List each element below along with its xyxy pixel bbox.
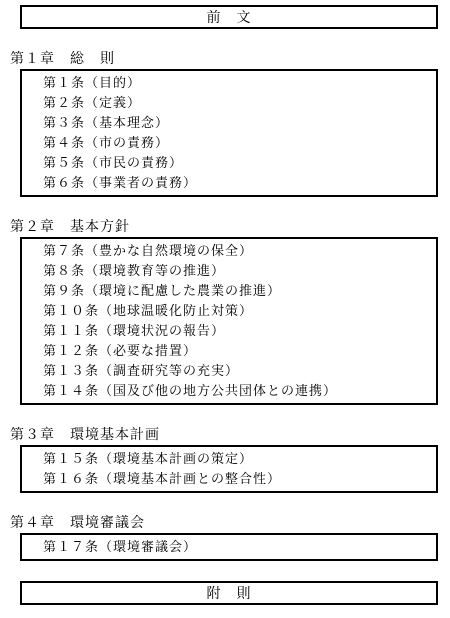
chapter-1-title: 第１章 総 則 (10, 51, 450, 66)
chapter-1-articles-box: 第１条（目的） 第２条（定義） 第３条（基本理念） 第４条（市の責務） 第５条（… (20, 69, 438, 197)
chapter-section-2: 第２章 基本方針 第７条（豊かな自然環境の保全） 第８条（環境教育等の推進） 第… (0, 219, 450, 405)
chapter-2-articles-box: 第７条（豊かな自然環境の保全） 第８条（環境教育等の推進） 第９条（環境に配慮し… (20, 237, 438, 405)
article-item: 第１４条（国及び他の地方公共団体との連携） (43, 381, 432, 401)
appendix-label: 附 則 (207, 583, 252, 603)
chapter-section-4: 第４章 環境審議会 第１７条（環境審議会） (0, 515, 450, 561)
chapter-section-1: 第１章 総 則 第１条（目的） 第２条（定義） 第３条（基本理念） 第４条（市の… (0, 51, 450, 197)
article-item: 第４条（市の責務） (43, 133, 432, 153)
article-item: 第１０条（地球温暖化防止対策） (43, 301, 432, 321)
article-item: 第１条（目的） (43, 73, 432, 93)
article-item: 第１７条（環境審議会） (43, 537, 432, 557)
article-item: 第８条（環境教育等の推進） (43, 261, 432, 281)
chapter-4-articles-box: 第１７条（環境審議会） (20, 533, 438, 561)
article-item: 第１５条（環境基本計画の策定） (43, 449, 432, 469)
article-item: 第３条（基本理念） (43, 113, 432, 133)
chapter-3-articles-box: 第１５条（環境基本計画の策定） 第１６条（環境基本計画との整合性） (20, 445, 438, 493)
article-item: 第１３条（調査研究等の充実） (43, 361, 432, 381)
article-item: 第７条（豊かな自然環境の保全） (43, 241, 432, 261)
article-item: 第２条（定義） (43, 93, 432, 113)
toc-document: 前 文 第１章 総 則 第１条（目的） 第２条（定義） 第３条（基本理念） 第４… (0, 0, 450, 605)
article-item: 第１２条（必要な措置） (43, 341, 432, 361)
article-item: 第６条（事業者の責務） (43, 173, 432, 193)
chapter-2-title: 第２章 基本方針 (10, 219, 450, 234)
preface-label: 前 文 (207, 7, 252, 27)
article-item: 第５条（市民の責務） (43, 153, 432, 173)
appendix-box: 附 則 (20, 581, 438, 605)
article-item: 第９条（環境に配慮した農業の推進） (43, 281, 432, 301)
chapter-3-title: 第３章 環境基本計画 (10, 427, 450, 442)
article-item: 第１６条（環境基本計画との整合性） (43, 469, 432, 489)
chapter-4-title: 第４章 環境審議会 (10, 515, 450, 530)
article-item: 第１１条（環境状況の報告） (43, 321, 432, 341)
chapter-section-3: 第３章 環境基本計画 第１５条（環境基本計画の策定） 第１６条（環境基本計画との… (0, 427, 450, 493)
preface-box: 前 文 (20, 5, 438, 29)
